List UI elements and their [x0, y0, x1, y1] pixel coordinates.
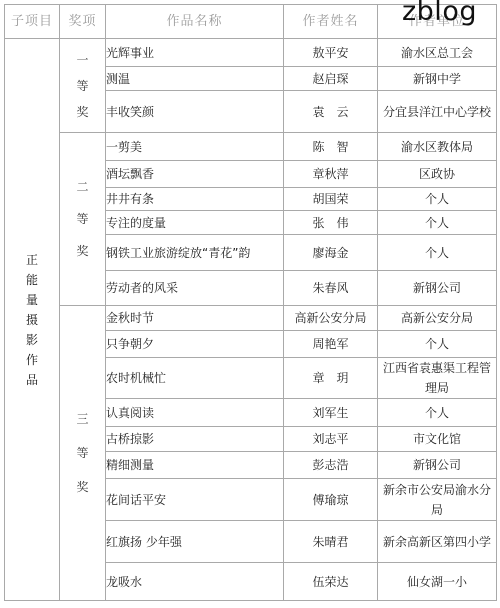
title-cell: 丰收笑颜 — [106, 91, 284, 133]
author-cell: 伍荣达 — [284, 563, 378, 601]
author-cell: 高新公安分局 — [284, 306, 378, 331]
org-cell: 新余高新区第四小学 — [378, 521, 497, 563]
header-title: 作品名称 — [106, 5, 284, 39]
title-cell: 光辉事业 — [106, 39, 284, 67]
author-cell: 彭志浩 — [284, 452, 378, 479]
header-category: 子项目 — [5, 5, 60, 39]
author-cell: 朱晴君 — [284, 521, 378, 563]
table-row: 二等奖 一剪美 陈智 渝水区教体局 — [5, 133, 497, 161]
author-cell: 袁云 — [284, 91, 378, 133]
author-cell: 敖平安 — [284, 39, 378, 67]
author-cell: 胡国荣 — [284, 188, 378, 211]
org-cell: 新钢中学 — [378, 67, 497, 91]
org-cell: 个人 — [378, 399, 497, 427]
title-cell: 只争朝夕 — [106, 331, 284, 358]
org-cell: 仙女湖一小 — [378, 563, 497, 601]
author-cell: 章秋萍 — [284, 161, 378, 188]
title-cell: 酒坛飘香 — [106, 161, 284, 188]
title-cell: 农时机械忙 — [106, 358, 284, 399]
org-cell: 新钢公司 — [378, 452, 497, 479]
org-cell: 新余市公安局渝水分局 — [378, 479, 497, 521]
org-cell: 高新公安分局 — [378, 306, 497, 331]
award-table-container: 子项目 奖项 作品名称 作者姓名 作者单位 正能量摄影作品 一等奖 光辉事业 敖… — [4, 4, 497, 601]
category-cell: 正能量摄影作品 — [5, 39, 60, 601]
table-row: 正能量摄影作品 一等奖 光辉事业 敖平安 渝水区总工会 — [5, 39, 497, 67]
title-cell: 认真阅读 — [106, 399, 284, 427]
author-cell: 傅瑜琼 — [284, 479, 378, 521]
org-cell: 个人 — [378, 188, 497, 211]
author-cell: 廖海金 — [284, 235, 378, 271]
title-cell: 一剪美 — [106, 133, 284, 161]
author-cell: 朱春风 — [284, 271, 378, 306]
title-cell: 红旗扬 少年强 — [106, 521, 284, 563]
author-cell: 张伟 — [284, 211, 378, 235]
author-cell: 章玥 — [284, 358, 378, 399]
org-cell: 渝水区教体局 — [378, 133, 497, 161]
author-cell: 周艳军 — [284, 331, 378, 358]
level-cell-third-prize: 三等奖 — [60, 306, 106, 601]
title-cell: 井井有条 — [106, 188, 284, 211]
org-cell: 个人 — [378, 211, 497, 235]
author-cell: 刘志平 — [284, 427, 378, 452]
zblog-watermark: zblog — [402, 0, 477, 27]
org-cell: 新钢公司 — [378, 271, 497, 306]
level-label: 三等奖 — [75, 402, 89, 504]
award-list-table: 子项目 奖项 作品名称 作者姓名 作者单位 正能量摄影作品 一等奖 光辉事业 敖… — [4, 4, 497, 601]
level-label: 一等奖 — [75, 47, 89, 125]
table-row: 三等奖 金秋时节 高新公安分局 高新公安分局 — [5, 306, 497, 331]
category-label: 正能量摄影作品 — [25, 250, 39, 390]
level-cell-first-prize: 一等奖 — [60, 39, 106, 133]
title-cell: 劳动者的风采 — [106, 271, 284, 306]
level-label: 二等奖 — [75, 171, 89, 267]
title-cell: 金秋时节 — [106, 306, 284, 331]
org-cell: 市文化馆 — [378, 427, 497, 452]
title-cell: 花间话平安 — [106, 479, 284, 521]
author-cell: 陈智 — [284, 133, 378, 161]
org-cell: 个人 — [378, 331, 497, 358]
org-cell: 江西省袁惠渠工程管理局 — [378, 358, 497, 399]
title-cell: 专注的度量 — [106, 211, 284, 235]
author-cell: 刘军生 — [284, 399, 378, 427]
org-cell: 分宜县洋江中心学校 — [378, 91, 497, 133]
author-cell: 赵启琛 — [284, 67, 378, 91]
title-cell: 龙吸水 — [106, 563, 284, 601]
header-level: 奖项 — [60, 5, 106, 39]
org-cell: 渝水区总工会 — [378, 39, 497, 67]
title-cell: 精细测量 — [106, 452, 284, 479]
title-cell: 钢铁工业旅游绽放“青花”韵 — [106, 235, 284, 271]
header-author: 作者姓名 — [284, 5, 378, 39]
title-cell: 测温 — [106, 67, 284, 91]
level-cell-second-prize: 二等奖 — [60, 133, 106, 306]
org-cell: 个人 — [378, 235, 497, 271]
org-cell: 区政协 — [378, 161, 497, 188]
title-cell: 古桥掠影 — [106, 427, 284, 452]
